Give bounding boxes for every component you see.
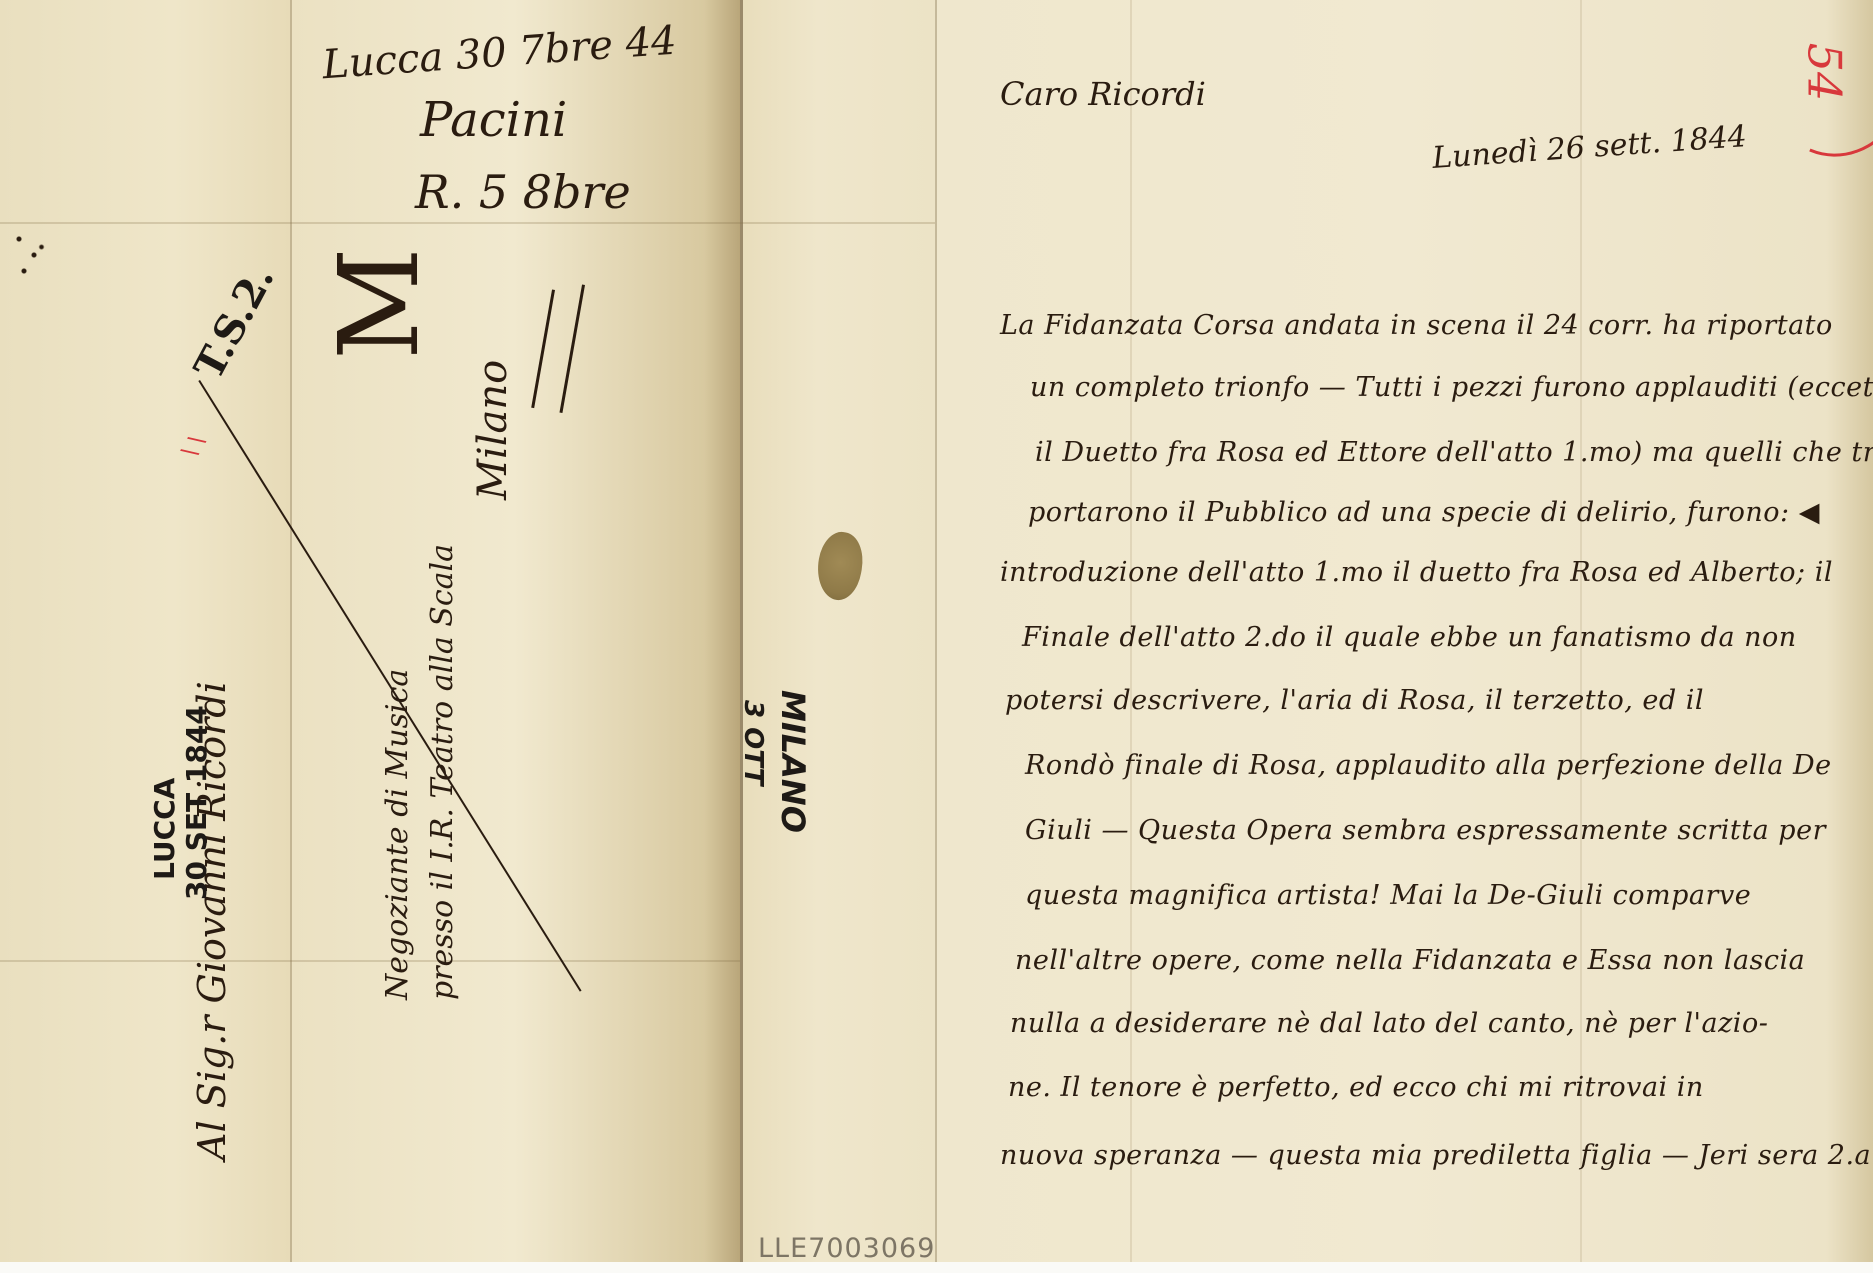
- postal-mark-m: M: [315, 247, 443, 360]
- letter-line: Rondò finale di Rosa, applaudito alla pe…: [1025, 750, 1832, 781]
- letter-line: portarono il Pubblico ad una specie di d…: [1028, 497, 1820, 528]
- letter-line: il Duetto fra Rosa ed Ettore dell'atto 1…: [1035, 437, 1873, 468]
- letter-line: questa magnifica artista! Mai la De-Giul…: [1025, 880, 1751, 911]
- letter-line: nell'altre opere, come nella Fidanzata e…: [1015, 945, 1805, 976]
- letter-line: La Fidanzata Corsa andata in scena il 24…: [1000, 310, 1833, 341]
- docket-reply-date: R. 5 8bre: [415, 165, 631, 219]
- letter-line: nulla a desiderare nè dal lato del canto…: [1010, 1008, 1768, 1039]
- postmark-lucca-date: 30 SET 1844: [180, 705, 213, 900]
- fold-line: [740, 0, 743, 1262]
- docket-sender: Pacini: [420, 92, 567, 148]
- letter-sheet: Lucca 30 7bre 44 Pacini R. 5 8bre Al Sig…: [0, 0, 1873, 1262]
- fold-line: [0, 960, 740, 962]
- left-fold-panel: [0, 0, 290, 1262]
- letter-line: nuova speranza — questa mia prediletta f…: [1000, 1140, 1871, 1171]
- fold-line: [290, 0, 292, 1262]
- postmark-milano-date: 3 OTT: [738, 700, 768, 785]
- ink-specks: [4, 215, 54, 295]
- letter-line: Finale dell'atto 2.do il quale ebbe un f…: [1022, 622, 1797, 653]
- postmark-milano-city: MILANO: [774, 690, 812, 833]
- fold-line: [0, 222, 935, 224]
- inner-fold-panel: [740, 0, 935, 1262]
- postmark-lucca-city: LUCCA: [148, 778, 181, 880]
- letter-line: un completo trionfo — Tutti i pezzi furo…: [1030, 372, 1873, 403]
- catalog-id: LLE7003069: [758, 1233, 935, 1262]
- fold-line: [935, 0, 937, 1262]
- letter-line: introduzione dell'atto 1.mo il duetto fr…: [1000, 557, 1833, 588]
- letter-line: ne. Il tenore è perfetto, ed ecco chi mi…: [1008, 1072, 1704, 1103]
- letter-salutation: Caro Ricordi: [1000, 75, 1206, 113]
- address-city: Milano: [470, 360, 516, 500]
- letter-line: Giuli — Questa Opera sembra espressament…: [1025, 815, 1826, 846]
- scan-border: [0, 1262, 1873, 1273]
- letter-line: potersi descrivere, l'aria di Rosa, il t…: [1005, 685, 1704, 716]
